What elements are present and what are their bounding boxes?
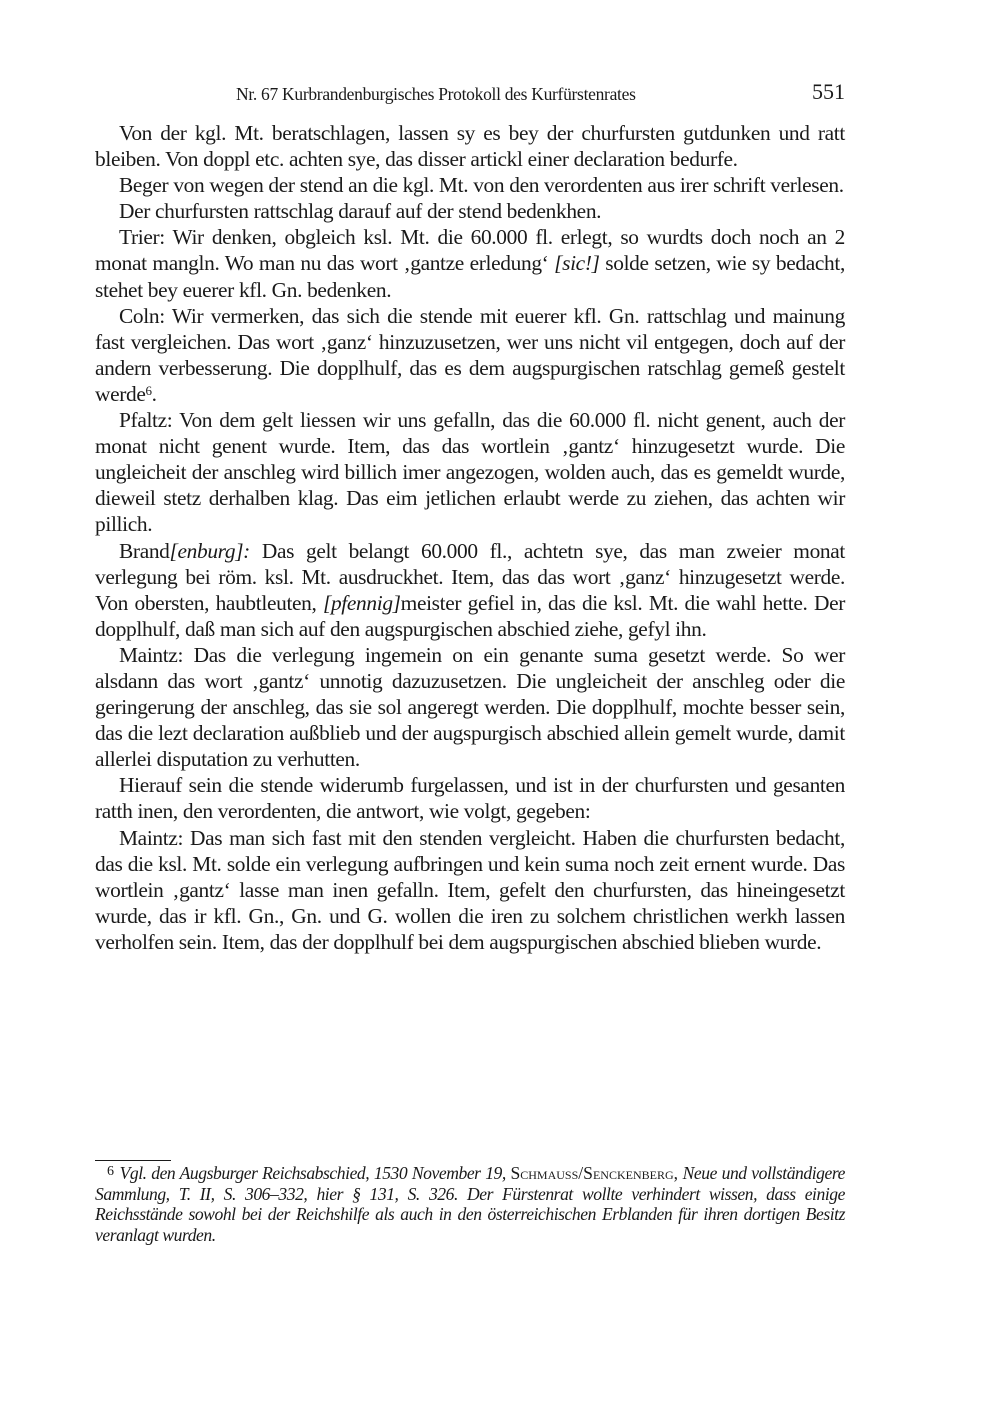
- paragraph-text: Coln: Wir vermerken, das sich die stende…: [95, 304, 845, 406]
- footnote-divider: [95, 1160, 171, 1161]
- paragraph-text: Von der kgl. Mt. beratschlagen, lassen s…: [95, 121, 845, 171]
- paragraph-beger: Beger von wegen der stend an die kgl. Mt…: [95, 172, 845, 198]
- paragraph-maintz-2: Maintz: Das man sich fast mit den stende…: [95, 825, 845, 955]
- paragraph-maintz-1: Maintz: Das die verlegung ingemein on ei…: [95, 642, 845, 772]
- paragraph-hierauf: Hierauf sein die stende widerumb furgela…: [95, 772, 845, 824]
- paragraph-brandenburg: Brand[enburg]: Das gelt belangt 60.000 f…: [95, 538, 845, 642]
- paragraph-text: Hierauf sein die stende widerumb furgela…: [95, 773, 845, 823]
- paragraph-coln: Coln: Wir vermerken, das sich die stende…: [95, 303, 845, 407]
- editorial-note: [sic!]: [554, 251, 599, 275]
- running-title: Nr. 67 Kurbrandenburgisches Protokoll de…: [236, 84, 636, 105]
- editorial-expansion: [enburg]:: [170, 539, 250, 563]
- paragraph-text: Der churfursten rattschlag darauf auf de…: [119, 199, 601, 223]
- footnote-text: Vgl. den Augsburger Reichsabschied, 1530…: [120, 1163, 511, 1183]
- footnote-number: 6: [107, 1164, 114, 1179]
- editorial-expansion: [pfennig]: [323, 591, 401, 615]
- page-number: 551: [812, 79, 845, 105]
- paragraph-kgl-mt: Von der kgl. Mt. beratschlagen, lassen s…: [95, 120, 845, 172]
- paragraph-text: Maintz: Das die verlegung ingemein on ei…: [95, 643, 845, 771]
- running-head: Nr. 67 Kurbrandenburgisches Protokoll de…: [95, 78, 845, 108]
- paragraph-text: .: [152, 382, 157, 406]
- paragraph-text: Pfaltz: Von dem gelt liessen wir uns gef…: [95, 408, 845, 536]
- paragraph-text: Beger von wegen der stend an die kgl. Mt…: [119, 173, 844, 197]
- footnote-authors: Schmauss/Senckenberg,: [510, 1163, 678, 1183]
- speaker: Brand: [119, 539, 170, 563]
- body-text: Von der kgl. Mt. beratschlagen, lassen s…: [95, 120, 845, 955]
- paragraph-trier: Trier: Wir denken, obgleich ksl. Mt. die…: [95, 224, 845, 302]
- footnotes: 6Vgl. den Augsburger Reichsabschied, 153…: [95, 1163, 845, 1245]
- paragraph-rattschlag: Der churfursten rattschlag darauf auf de…: [95, 198, 845, 224]
- footnote-6: 6Vgl. den Augsburger Reichsabschied, 153…: [95, 1163, 845, 1245]
- paragraph-text: Maintz: Das man sich fast mit den stende…: [95, 826, 845, 954]
- paragraph-pfaltz: Pfaltz: Von dem gelt liessen wir uns gef…: [95, 407, 845, 537]
